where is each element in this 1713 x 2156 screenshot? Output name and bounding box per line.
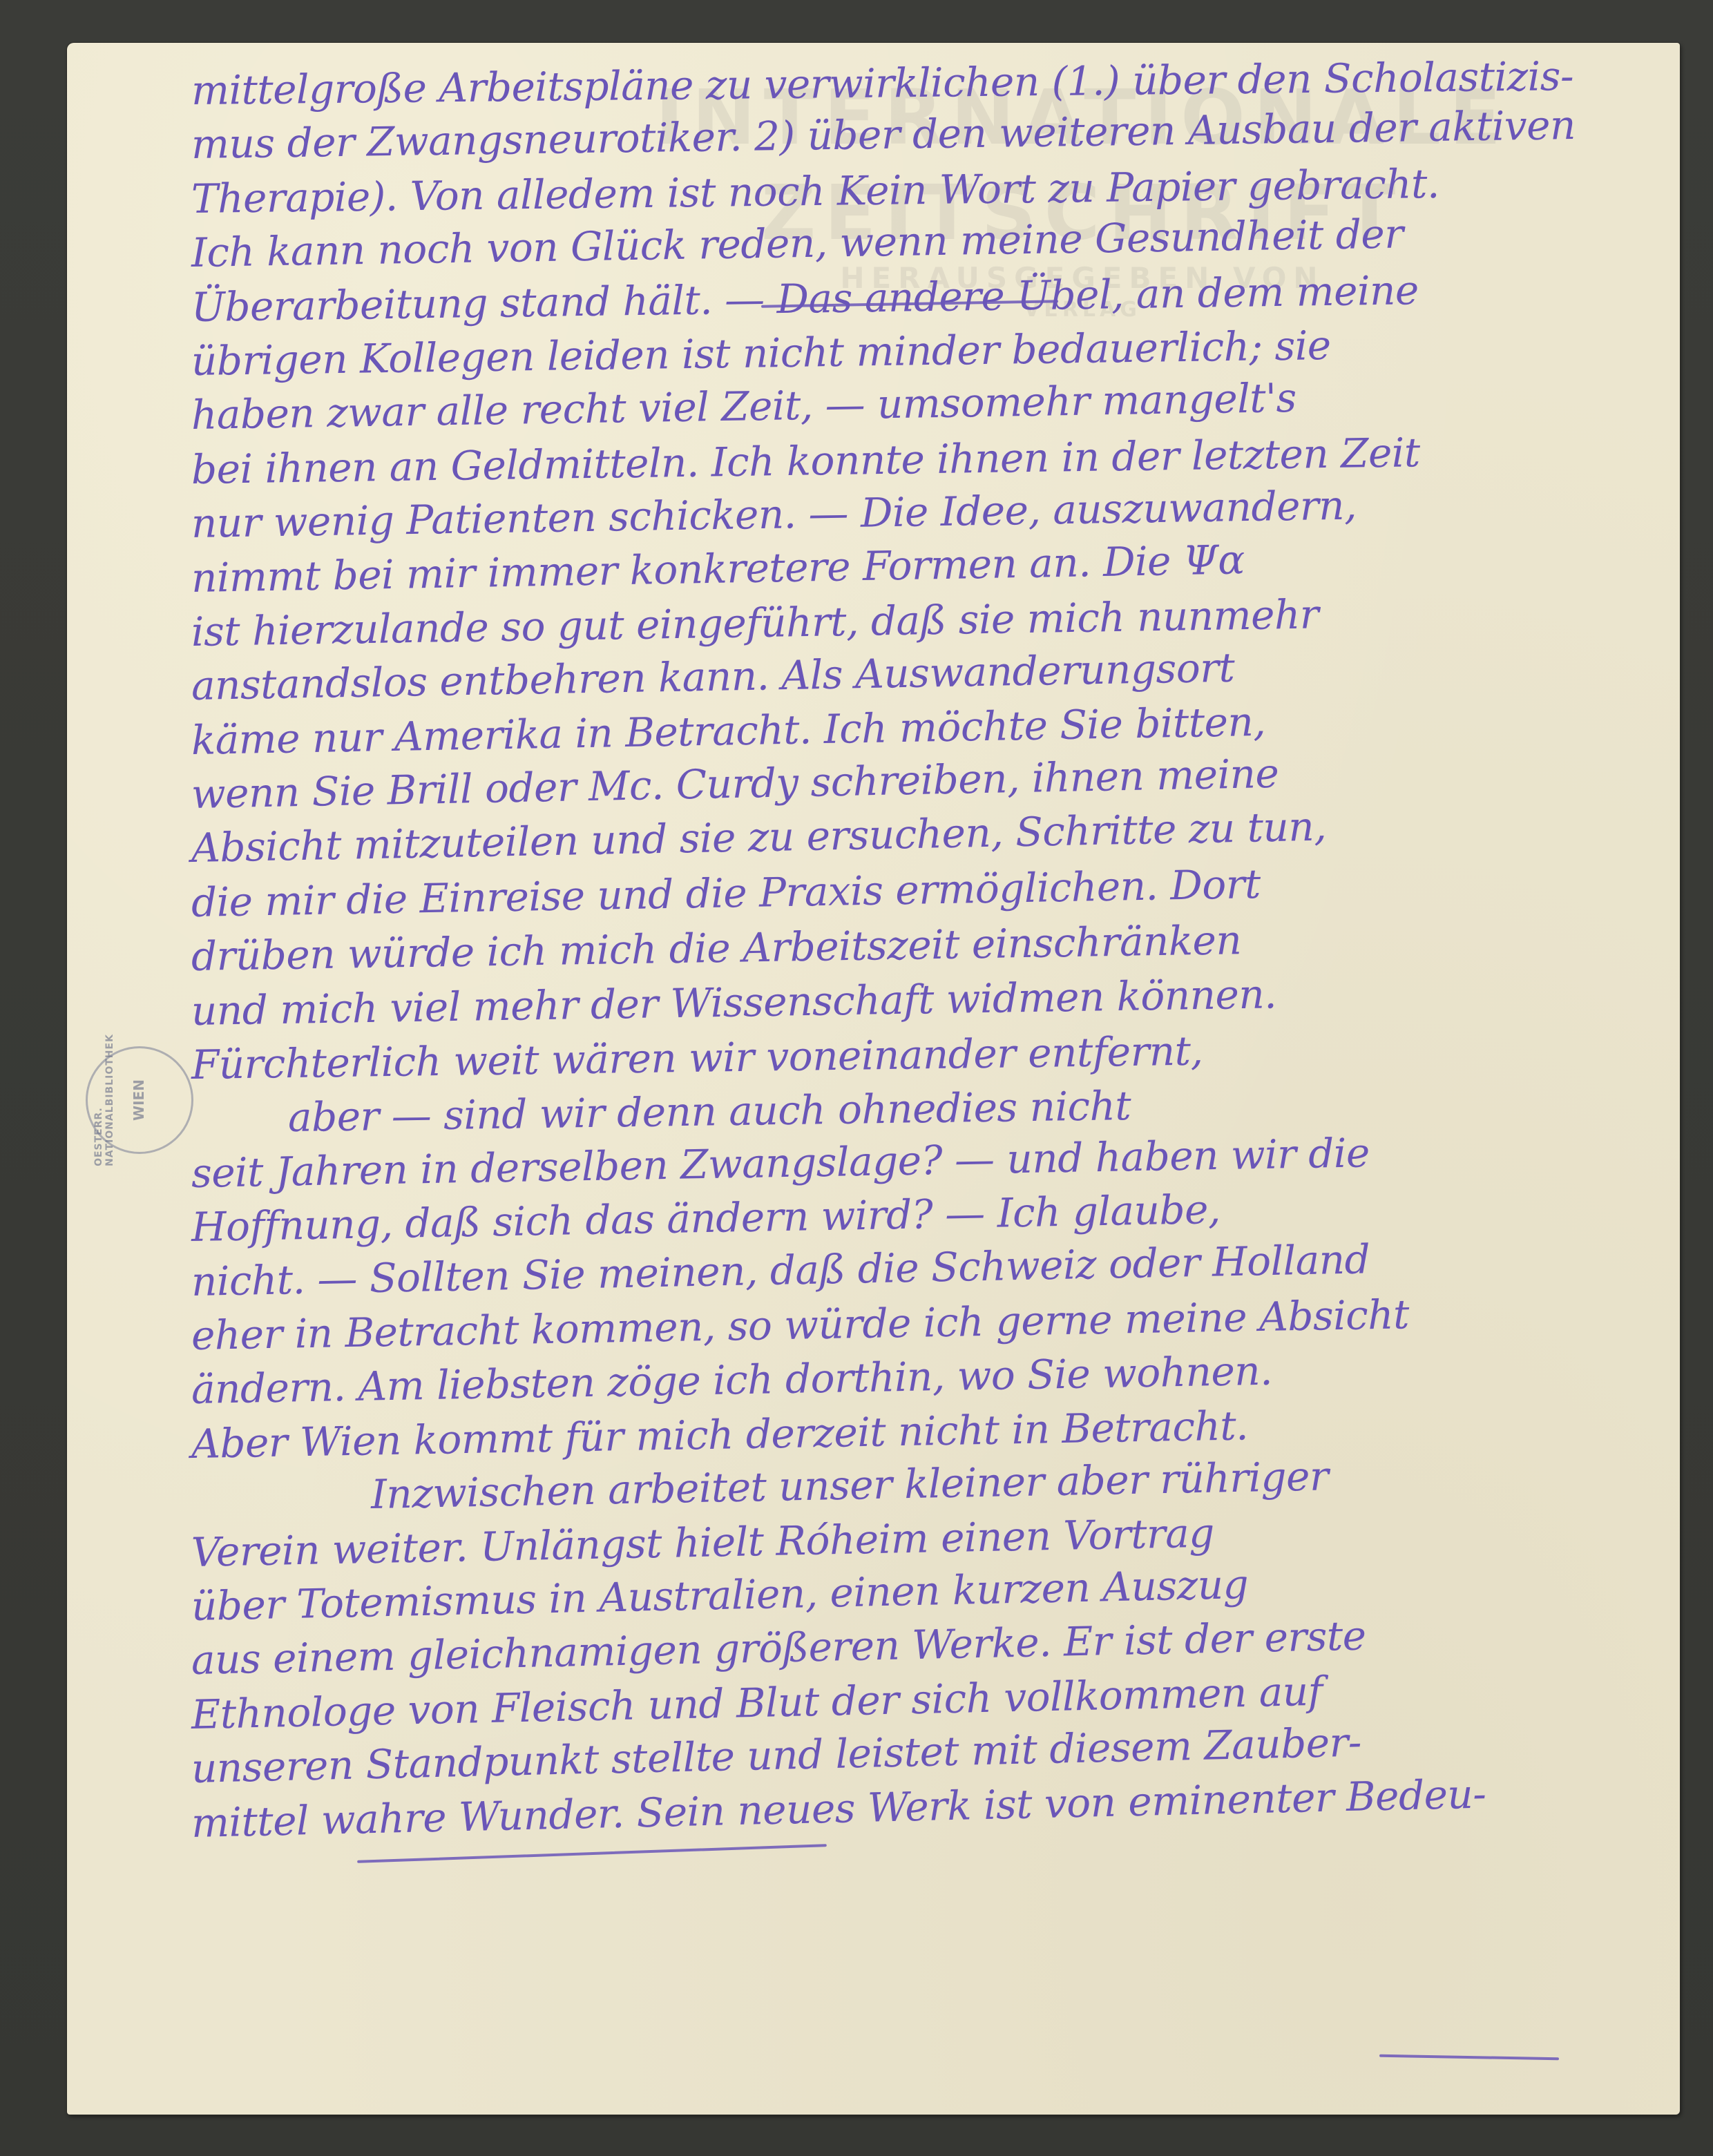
- letter-page: INTERNATIONALE ZEITSCHRIFT HERAUSGEGEBEN…: [67, 43, 1680, 2115]
- library-stamp: OESTERR. NATIONALBIBLIOTHEK WIEN: [86, 1046, 193, 1154]
- letter-body: mittelgroße Arbeitspläne zu verwirkliche…: [191, 64, 1663, 1850]
- stamp-center-text: WIEN: [131, 1048, 147, 1152]
- underline-eminenter: [1379, 2054, 1559, 2061]
